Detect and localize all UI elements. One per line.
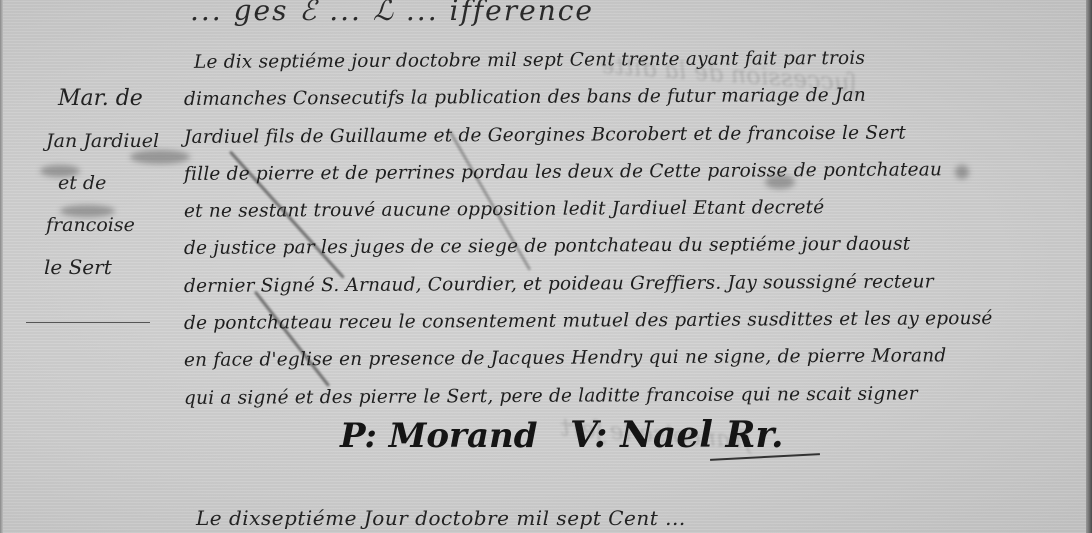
entry-line: dimanches Consecutifs la publication des… bbox=[178, 76, 1058, 119]
page-right-edge bbox=[1086, 0, 1092, 533]
entry-line: et ne sestant trouvé aucune opposition l… bbox=[178, 188, 1058, 231]
page-left-edge bbox=[0, 0, 3, 533]
margin-note: Mar. de Jan Jardiuel et de francoise le … bbox=[40, 78, 180, 288]
previous-entry-fragment: ... ges ℰ ... ℒ ... ifference bbox=[190, 0, 594, 27]
margin-divider bbox=[26, 322, 150, 323]
marriage-entry: Le dix septiéme jour doctobre mil sept C… bbox=[178, 44, 1058, 417]
signature-rector: V: Nael Rr. bbox=[570, 414, 784, 456]
margin-line: Jan Jardiuel bbox=[40, 120, 180, 162]
margin-line: le Sert bbox=[40, 246, 180, 288]
entry-line: Le dix septiéme jour doctobre mil sept C… bbox=[178, 39, 1058, 82]
register-page: ʃuccession de la ditte francoise le ʃert… bbox=[0, 0, 1092, 533]
margin-line: et de bbox=[40, 162, 180, 204]
entry-line: de justice par les juges de ce siege de … bbox=[178, 225, 1058, 268]
entry-line: Jardiuel fils de Guillaume et de Georgin… bbox=[178, 113, 1058, 156]
signatures: P: Morand V: Nael Rr. bbox=[340, 416, 900, 476]
margin-line: francoise bbox=[40, 204, 180, 246]
signature-witness: P: Morand bbox=[340, 416, 538, 456]
entry-line: fille de pierre et de perrines pordau le… bbox=[178, 151, 1058, 194]
entry-line: de pontchateau receu le consentement mut… bbox=[178, 300, 1058, 343]
next-entry-start: Le dixseptiéme Jour doctobre mil sept Ce… bbox=[196, 506, 686, 530]
entry-line: dernier Signé S. Arnaud, Courdier, et po… bbox=[178, 262, 1058, 305]
margin-line: Mar. de bbox=[40, 78, 180, 120]
entry-line: en face d'eglise en presence de Jacques … bbox=[178, 337, 1058, 380]
entry-line: qui a signé et des pierre le Sert, pere … bbox=[178, 374, 1058, 417]
